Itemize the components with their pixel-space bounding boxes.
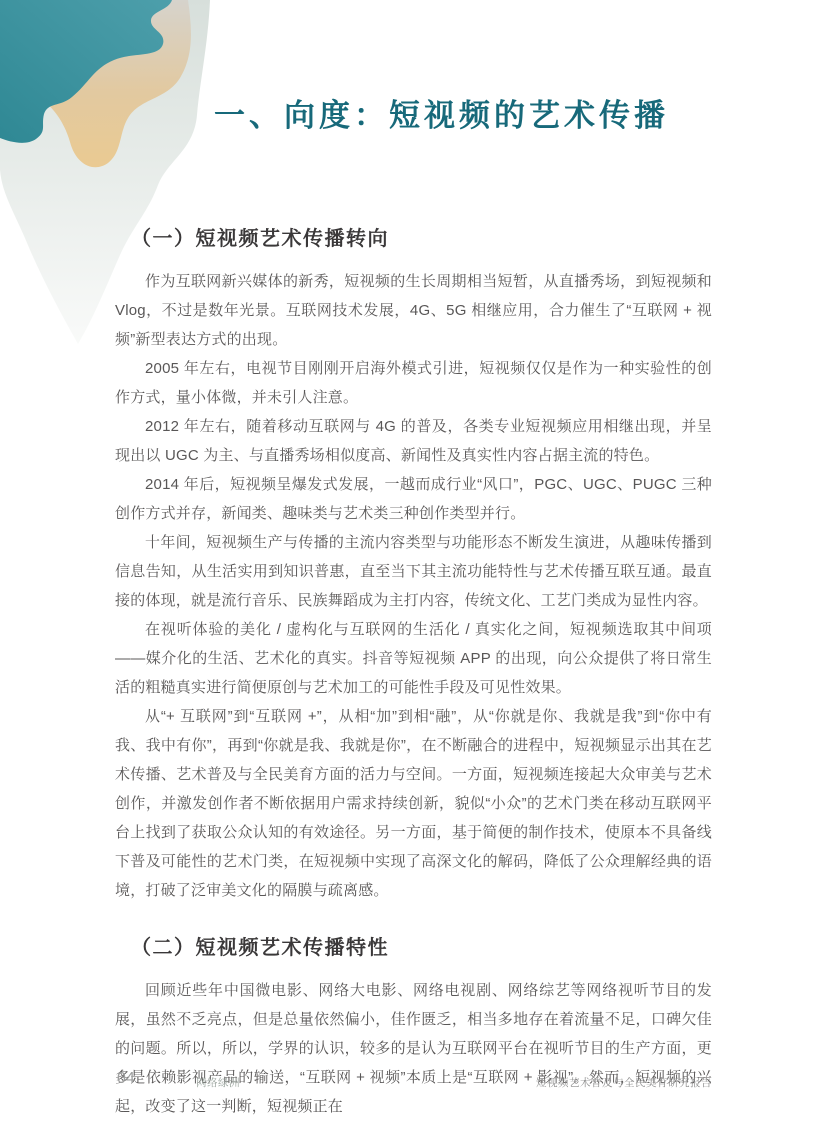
footer-right-label: 短视频艺术普及与全民美育研究报告	[536, 1075, 712, 1090]
paragraph: 作为互联网新兴媒体的新秀，短视频的生长周期相当短暂，从直播秀场，到短视频和 Vl…	[115, 267, 712, 354]
footer-left-label: 网络绿洲	[196, 1075, 240, 1090]
paragraph: 十年间，短视频生产与传播的主流内容类型与功能形态不断发生演进，从趣味传播到信息告…	[115, 528, 712, 615]
paragraph: 2005 年左右，电视节目刚刚开启海外模式引进，短视频仅仅是作为一种实验性的创作…	[115, 354, 712, 412]
paragraph: 回顾近些年中国微电影、网络大电影、网络电视剧、网络综艺等网络视听节目的发展，虽然…	[115, 976, 712, 1121]
paragraph: 2014 年后，短视频呈爆发式发展，一越而成行业“风口”，PGC、UGC、PUG…	[115, 470, 712, 528]
teal-blob-shape	[0, 0, 172, 143]
page-title: 一、向度：短视频的艺术传播	[214, 90, 669, 135]
content-area: （一）短视频艺术传播转向 作为互联网新兴媒体的新秀，短视频的生长周期相当短暂，从…	[115, 222, 712, 1121]
paragraph: 在视听体验的美化 / 虚构化与互联网的生活化 / 真实化之间，短视频选取其中间项…	[115, 615, 712, 702]
section-1-heading: （一）短视频艺术传播转向	[115, 222, 712, 251]
page-number: 04	[117, 1070, 135, 1088]
tan-blob-shape	[40, 0, 191, 167]
document-page: 一、向度：短视频的艺术传播 （一）短视频艺术传播转向 作为互联网新兴媒体的新秀，…	[0, 0, 826, 1122]
paragraph: 从“+ 互联网”到“互联网 +”，从相“加”到相“融”，从“你就是你、我就是我”…	[115, 702, 712, 905]
paragraph: 2012 年左右，随着移动互联网与 4G 的普及，各类专业短视频应用相继出现，并…	[115, 412, 712, 470]
section-2-heading: （二）短视频艺术传播特性	[115, 931, 712, 960]
